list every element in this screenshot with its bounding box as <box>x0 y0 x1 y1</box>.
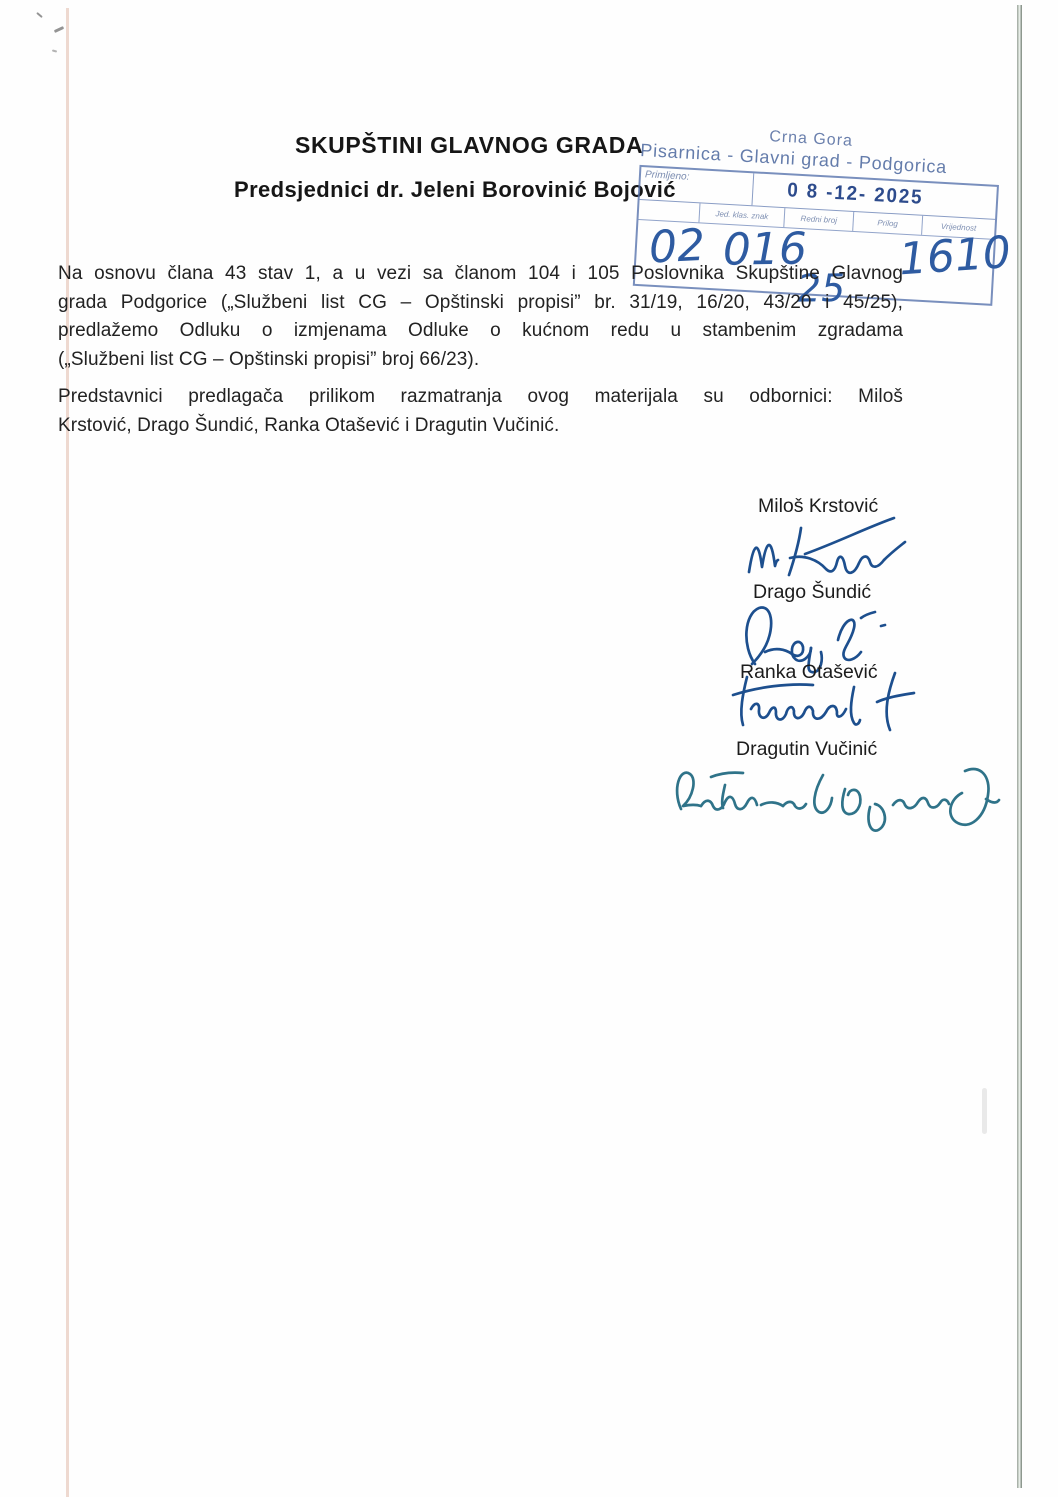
stamp-received-label: Primljeno: <box>640 167 755 205</box>
paragraph-line: grada Podgorice („Službeni list CG – Opš… <box>58 289 903 318</box>
stamp-date: 0 8 -12- 2025 <box>787 179 924 210</box>
paragraph-line: Krstović, Drago Šundić, Ranka Otašević i… <box>58 412 903 441</box>
document-addressee: Predsjednici dr. Jeleni Borovinić Bojovi… <box>234 177 676 203</box>
scan-smudge <box>982 1088 987 1134</box>
scan-speck <box>52 49 57 52</box>
paragraph-line: („Službeni list CG – Opštinski propisi” … <box>58 346 903 375</box>
scan-speck <box>36 12 43 18</box>
document-page: SKUPŠTINI GLAVNOG GRADA Predsjednici dr.… <box>0 0 1058 1497</box>
scan-edge-line-right <box>1017 5 1022 1488</box>
document-title: SKUPŠTINI GLAVNOG GRADA <box>295 132 643 159</box>
paragraph-line: Predstavnici predlagača prilikom razmatr… <box>58 383 903 412</box>
signature-milos-krstovic <box>742 512 907 584</box>
paragraph-legal-basis: Na osnovu člana 43 stav 1, a u vezi sa č… <box>58 260 903 374</box>
paragraph-line: Na osnovu člana 43 stav 1, a u vezi sa č… <box>58 260 903 289</box>
scan-fold-line-left <box>66 8 69 1497</box>
paragraph-representatives: Predstavnici predlagača prilikom razmatr… <box>58 383 903 440</box>
stamp-value-doc-number: 1610 <box>898 231 1013 282</box>
paragraph-line: predlažemo Odluku o izmjenama Odluke o k… <box>58 317 903 346</box>
signature-ranka-otasevic <box>730 668 920 730</box>
scan-speck <box>54 26 64 33</box>
signature-dragutin-vucinic <box>665 757 1000 845</box>
